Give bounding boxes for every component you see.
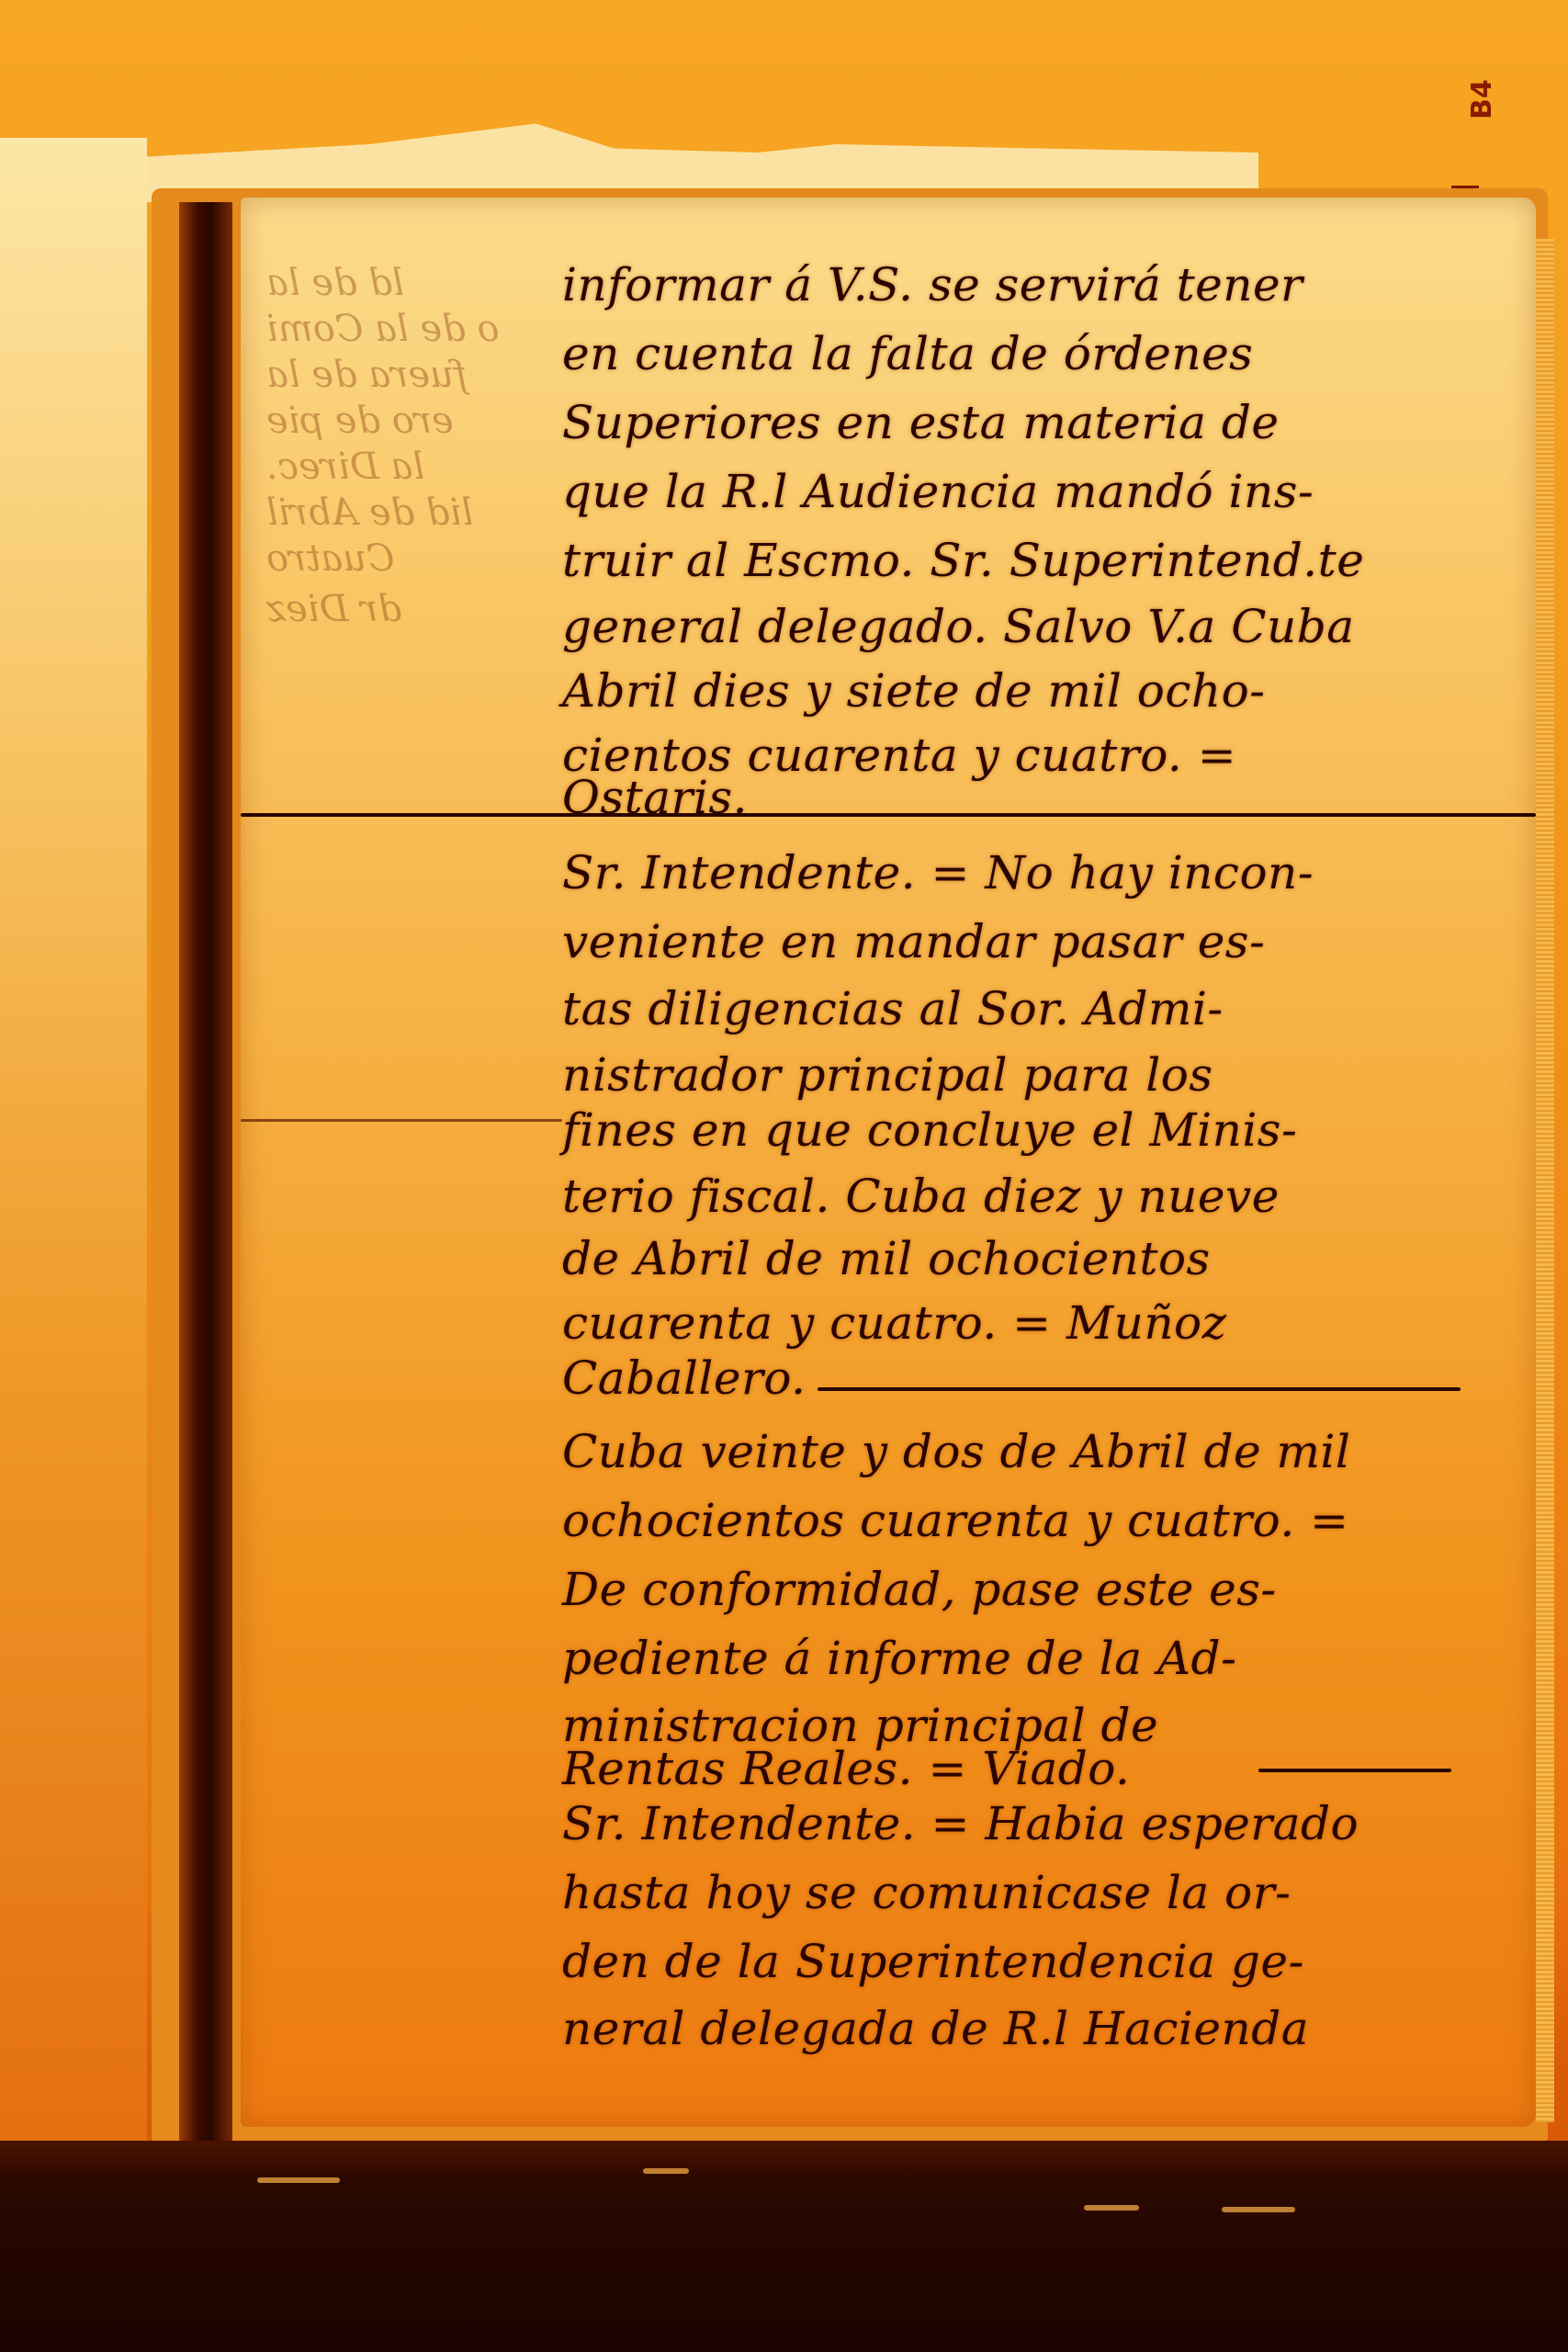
manuscript-line: tas diligencias al Sor. Admi- xyxy=(562,981,1527,1036)
manuscript-line: cuarenta y cuatro. = Muñoz xyxy=(562,1295,1527,1351)
manuscript-line: veniente en mandar pasar es- xyxy=(562,914,1527,969)
book-binding-spine xyxy=(179,202,232,2141)
dark-foreground-shadow xyxy=(0,2141,1568,2352)
bleed-through-text: fuera de la xyxy=(266,354,542,396)
archive-label: B4 xyxy=(1466,79,1498,119)
manuscript-signature: Ostaris. xyxy=(562,770,1527,825)
page-stack-edge xyxy=(1536,239,1554,2122)
manuscript-line: neral delegada de R.l Hacienda xyxy=(562,2001,1527,2056)
manuscript-line: pediente á informe de la Ad- xyxy=(562,1631,1527,1686)
margin-ruling xyxy=(241,1119,562,1122)
bleed-through-text: lid de Abril xyxy=(266,492,542,534)
manuscript-line: Superiores en esta materia de xyxy=(562,395,1527,450)
manuscript-line: Sr. Intendente. = No hay incon- xyxy=(562,845,1527,900)
manuscript-line: en cuenta la falta de órdenes xyxy=(562,326,1527,381)
manuscript-line: informar á V.S. se servirá tener xyxy=(562,257,1527,312)
light-glare xyxy=(1084,2205,1139,2211)
section-divider-rule xyxy=(241,813,1536,817)
manuscript-signature: Caballero. xyxy=(562,1351,1527,1406)
bleed-through-text: o de la Comi xyxy=(266,308,542,350)
manuscript-line: den de la Superintendencia ge- xyxy=(562,1934,1527,1989)
bleed-through-text: la Direc. xyxy=(266,446,542,488)
bleed-through-text: Cuatro xyxy=(266,537,542,580)
manuscript-line: nistrador principal para los xyxy=(562,1047,1527,1102)
manuscript-line: que la R.l Audiencia mandó ins- xyxy=(562,464,1527,519)
signature-rule xyxy=(818,1387,1461,1391)
manuscript-line: de Abril de mil ochocientos xyxy=(562,1231,1527,1286)
manuscript-line: general delegado. Salvo V.a Cuba xyxy=(562,599,1527,654)
manuscript-line: Cuba veinte y dos de Abril de mil xyxy=(562,1424,1527,1479)
manuscript-line: ochocientos cuarenta y cuatro. = xyxy=(562,1493,1527,1548)
manuscript-line: hasta hoy se comunicase la or- xyxy=(562,1865,1527,1920)
bleed-through-text: dr Diez xyxy=(266,588,542,630)
manuscript-line: fines en que concluye el Minis- xyxy=(562,1102,1527,1158)
manuscript-line: terio fiscal. Cuba diez y nueve xyxy=(562,1169,1527,1224)
light-glare xyxy=(643,2168,689,2174)
manuscript-line: De conformidad, pase este es- xyxy=(562,1562,1527,1617)
manuscript-line: Abril dies y siete de mil ocho- xyxy=(562,663,1527,718)
light-glare xyxy=(257,2177,340,2183)
signature-rule xyxy=(1258,1769,1451,1772)
bleed-through-text: ero de pie xyxy=(266,400,542,442)
bleed-through-text: ld de la xyxy=(266,262,542,304)
adjacent-paper-sheet xyxy=(0,138,147,2141)
light-glare xyxy=(1222,2207,1295,2212)
manuscript-line: truir al Escmo. Sr. Superintend.te xyxy=(562,533,1527,588)
manuscript-line: Sr. Intendente. = Habia esperado xyxy=(562,1796,1527,1851)
